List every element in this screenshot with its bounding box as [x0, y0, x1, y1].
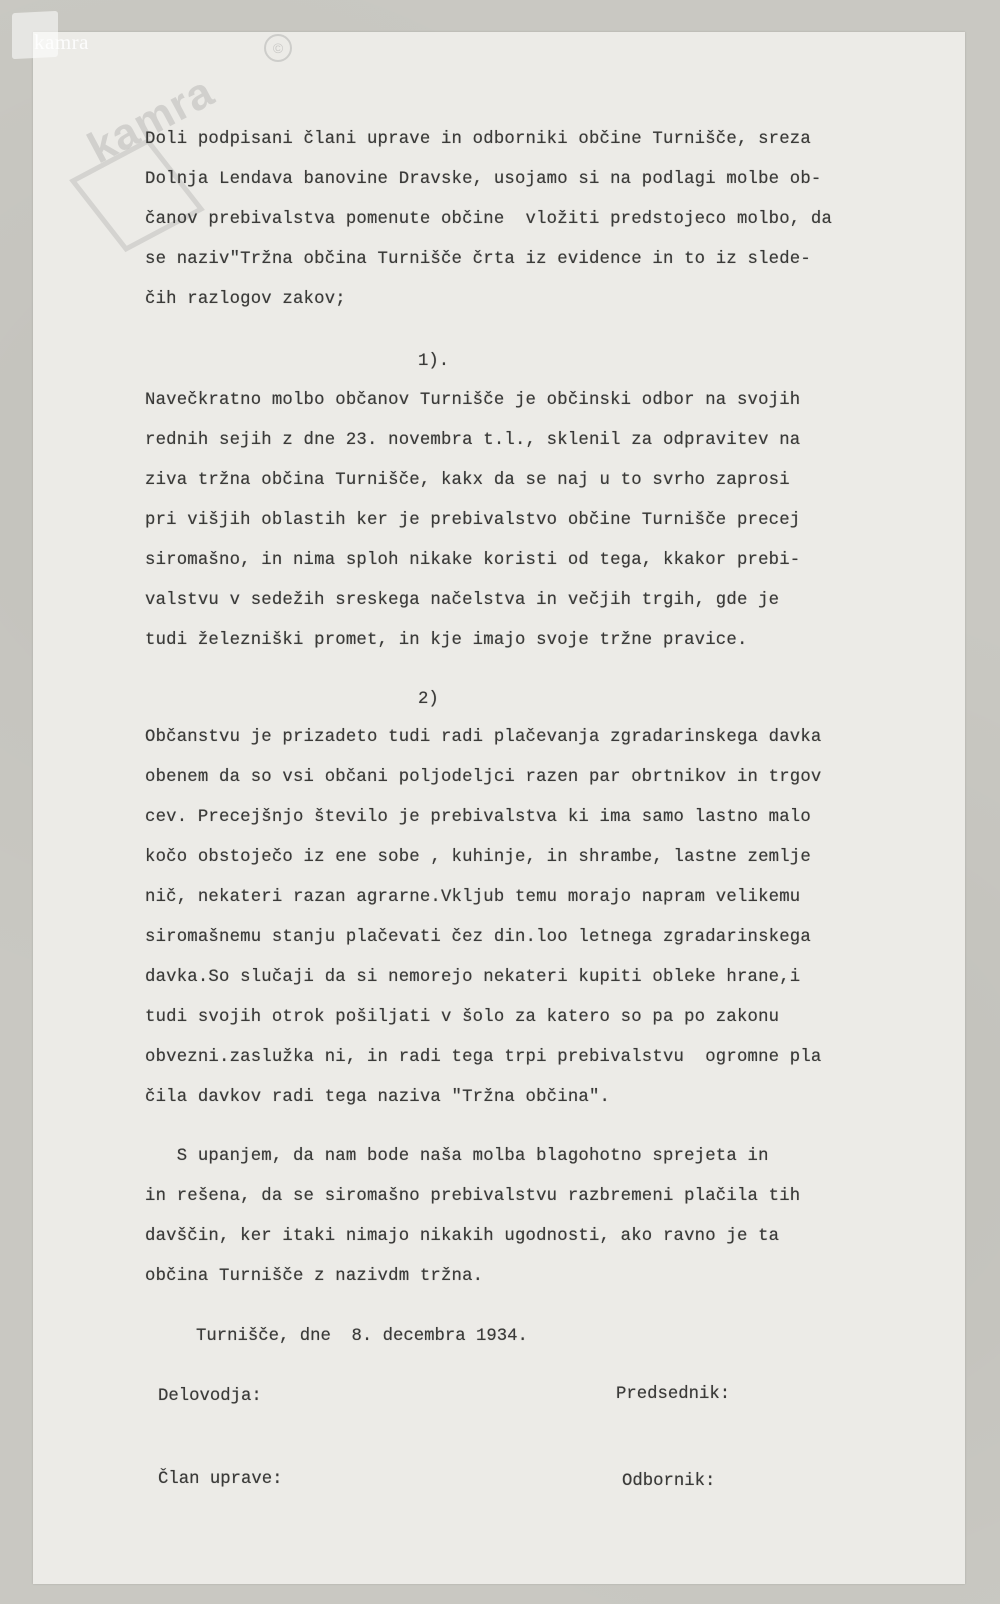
text-line: nič, nekateri razan agrarne.Vkljub temu … — [145, 888, 800, 907]
text-line: čanov prebivalstva pomenute občine vloži… — [145, 210, 832, 229]
signature-board-member-label: Član uprave: — [158, 1470, 282, 1489]
signature-clerk-label: Delovodja: — [158, 1387, 262, 1406]
text-line: S upanjem, da nam bode naša molba blagoh… — [145, 1147, 769, 1166]
text-line: Dolnja Lendava banovine Dravske, usojamo… — [145, 170, 822, 189]
copyright-icon: © — [264, 34, 292, 62]
kamra-logo-text: kamra — [34, 30, 89, 55]
text-line: pri višjih oblastih ker je prebivalstvo … — [145, 511, 800, 530]
signature-president-label: Predsednik: — [616, 1385, 730, 1404]
intro-paragraph: Doli podpisani člani uprave in odborniki… — [145, 130, 935, 244]
place-and-date: Turnišče, dne 8. decembra 1934. — [196, 1327, 528, 1346]
text-line: tudi svojih otrok pošiljati v šolo za ka… — [145, 1008, 779, 1027]
text-line: se naziv"Tržna občina Turnišče črta iz e… — [145, 250, 811, 269]
text-line: siromašno, in nima sploh nikake koristi … — [145, 551, 800, 570]
text-line: in rešena, da se siromašno prebivalstvu … — [145, 1187, 800, 1206]
text-line: siromašnemu stanju plačevati čez din.loo… — [145, 928, 811, 947]
text-line: rednih sejih z dne 23. novembra t.l., sk… — [145, 431, 800, 450]
text-line: čih razlogov zakov; — [145, 290, 346, 309]
text-line: valstvu v sedežih sreskega načelstva in … — [145, 591, 779, 610]
text-line: davka.So slučaji da si nemorejo nekateri… — [145, 968, 800, 987]
text-line: Navečkratno molbo občanov Turnišče je ob… — [145, 391, 800, 410]
text-line: občina Turnišče z nazivdm tržna. — [145, 1267, 483, 1286]
section-2-paragraph: Občanstvu je prizadeto tudi radi plačeva… — [145, 728, 935, 937]
text-line: obenem da so vsi občani poljodeljci raze… — [145, 768, 822, 787]
text-line: kočo obstoječo iz ene sobe , kuhinje, in… — [145, 848, 811, 867]
text-line: obvezni.zaslužka ni, in radi tega trpi p… — [145, 1048, 822, 1067]
text-line: Doli podpisani člani uprave in odborniki… — [145, 130, 811, 149]
section-1-paragraph: Navečkratno molbo občanov Turnišče je ob… — [145, 391, 935, 543]
text-line: cev. Precejšnjo število je prebivalstva … — [145, 808, 811, 827]
section-1-heading: 1). — [418, 352, 449, 371]
text-line: Občanstvu je prizadeto tudi radi plačeva… — [145, 728, 822, 747]
signature-councillor-label: Odbornik: — [622, 1472, 715, 1491]
section-2-heading: 2) — [418, 690, 439, 709]
closing-paragraph: S upanjem, da nam bode naša molba blagoh… — [145, 1147, 935, 1242]
text-line: čila davkov radi tega naziva "Tržna obči… — [145, 1088, 610, 1107]
text-line: davščin, ker itaki nimajo nikakih ugodno… — [145, 1227, 779, 1246]
text-line: ziva tržna občina Turnišče, kakx da se n… — [145, 471, 790, 490]
text-line: tudi železniški promet, in kje imajo svo… — [145, 631, 748, 650]
